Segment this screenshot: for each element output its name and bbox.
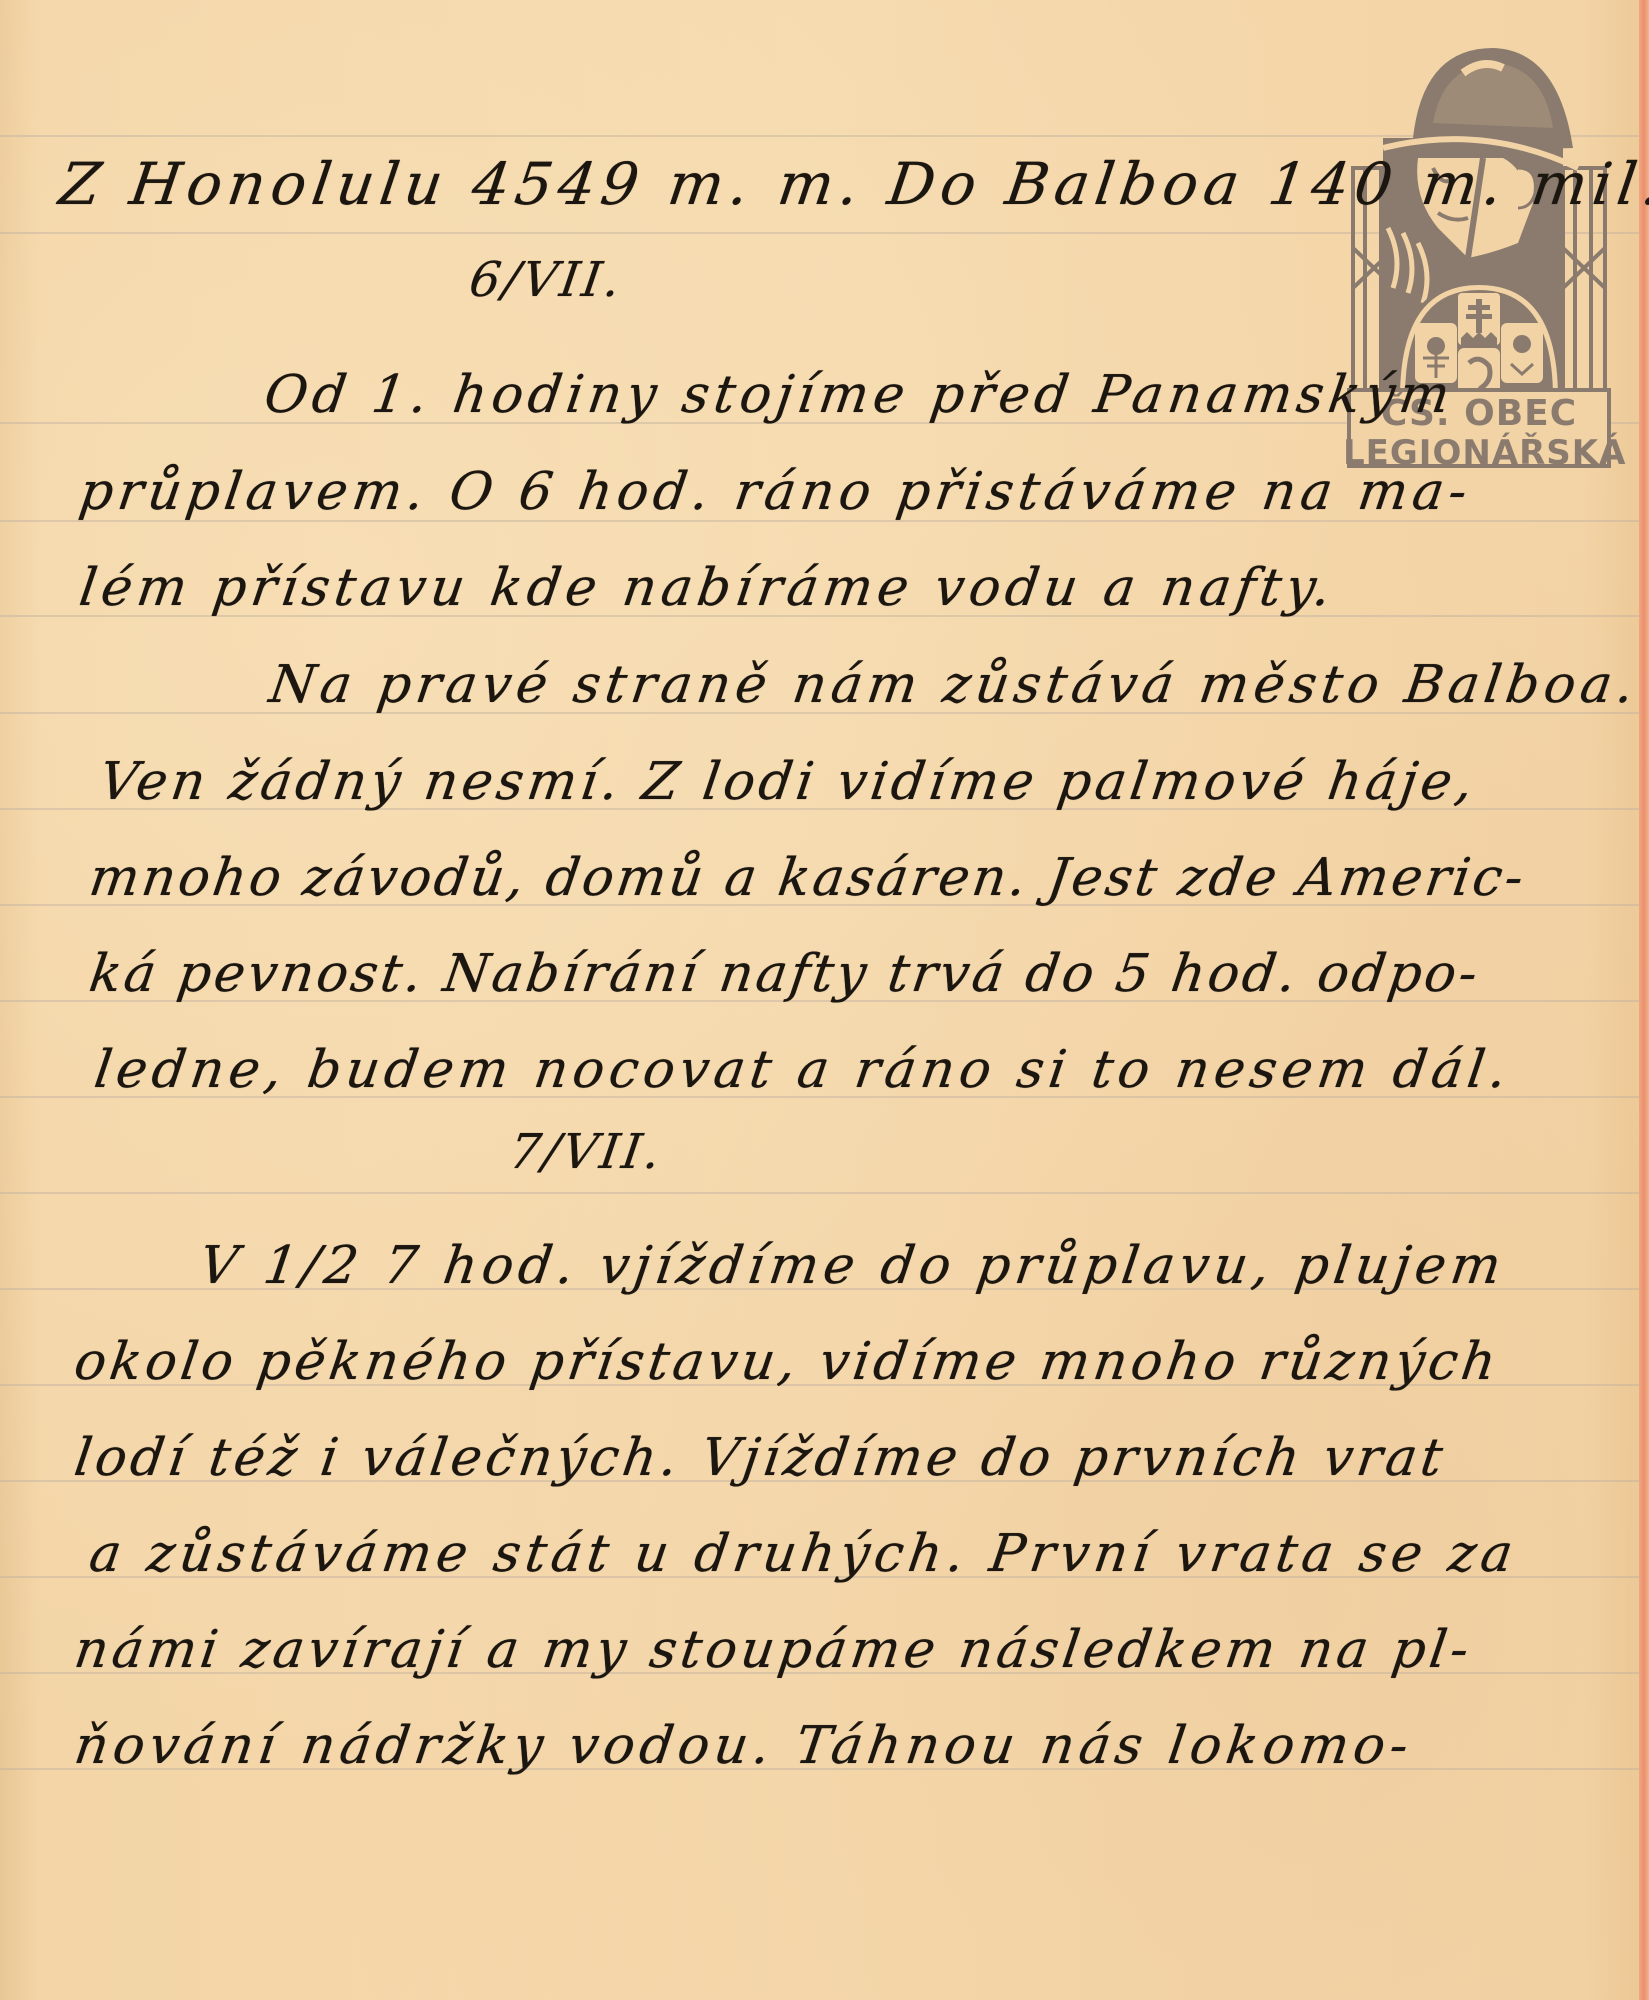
- diary-line: lodí též i válečných. Vjíždíme do prvníc…: [71, 1428, 1450, 1488]
- diary-line: ká pevnost. Nabírání nafty trvá do 5 hod…: [86, 944, 1484, 1004]
- diary-line: mnoho závodů, domů a kasáren. Jest zde A…: [86, 848, 1530, 908]
- diary-line: okolo pěkného přístavu, vidíme mnoho růz…: [71, 1332, 1504, 1392]
- diary-line: ňování nádržky vodou. Táhnou nás lokomo-: [71, 1716, 1417, 1776]
- diary-line: a zůstáváme stát u druhých. První vrata …: [86, 1524, 1522, 1584]
- diary-line: průplavem. O 6 hod. ráno přistáváme na m…: [76, 462, 1476, 522]
- diary-line-route: Z Honolulu 4549 m. m. Do Balboa 140 m. m…: [55, 150, 1649, 218]
- diary-line: lém přístavu kde nabíráme vodu a nafty.: [76, 558, 1340, 618]
- diary-line: Na pravé straně nám zůstává město Balboa…: [266, 655, 1643, 715]
- diary-date-7-vii: 7/VII.: [506, 1124, 666, 1180]
- ruled-line: [0, 1192, 1640, 1194]
- diary-page: ČS. OBEC LEGIONÁŘSKÁ Z Honolulu 4549 m. …: [0, 0, 1649, 2000]
- diary-line: námi zavírají a my stoupáme následkem na…: [71, 1620, 1476, 1680]
- diary-line: Od 1. hodiny stojíme před Panamským: [261, 365, 1458, 425]
- diary-line: ledne, budem nocovat a ráno si to nesem …: [91, 1040, 1515, 1100]
- diary-date-6-vii: 6/VII.: [466, 252, 626, 308]
- diary-line: Ven žádný nesmí. Z lodi vidíme palmové h…: [96, 752, 1481, 812]
- page-edge: [1639, 0, 1649, 2000]
- diary-line: V 1/2 7 hod. vjíždíme do průplavu, pluje…: [196, 1236, 1510, 1296]
